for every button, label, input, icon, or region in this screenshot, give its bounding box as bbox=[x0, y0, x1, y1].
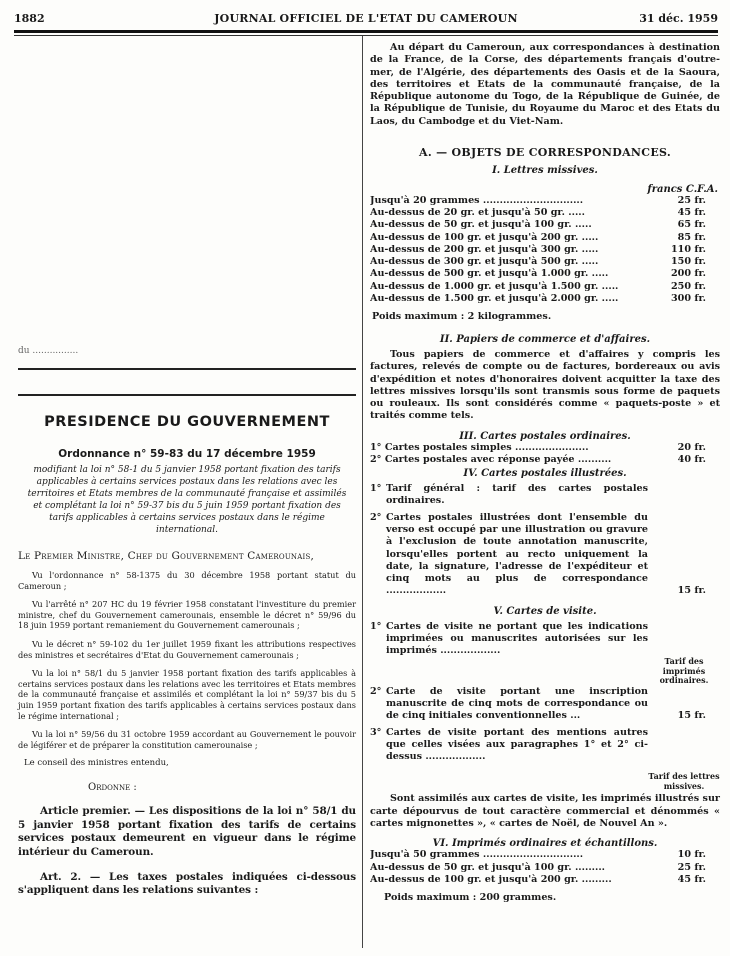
item-number: 2° bbox=[370, 686, 386, 723]
rate-label: Au-dessus de 50 gr. et jusqu'à 100 gr. .… bbox=[370, 862, 638, 874]
rate-value: 45 fr. bbox=[638, 874, 720, 886]
table-row: 1° Cartes postales simples .............… bbox=[370, 442, 720, 454]
ordonnance-title: Ordonnance n° 59-83 du 17 décembre 1959 bbox=[18, 448, 356, 460]
item-value: 15 fr. bbox=[648, 585, 720, 597]
list-item: 2° Cartes postales illustrées dont l'ens… bbox=[370, 512, 720, 598]
vu-paragraph: Vu l'ordonnance n° 58-1375 du 30 décembr… bbox=[18, 570, 356, 591]
rate-label: Au-dessus de 300 gr. et jusqu'à 500 gr. … bbox=[370, 256, 638, 268]
lettres-title: I. Lettres missives. bbox=[370, 165, 720, 176]
article-1: Article premier. — Les dispositions de l… bbox=[18, 805, 356, 859]
rate-label: 2° Cartes postales avec réponse payée ..… bbox=[370, 454, 638, 466]
imprimes-rate-table: Jusqu'à 50 grammes .....................… bbox=[370, 849, 720, 886]
cartes-illustrees-title: IV. Cartes postales illustrées. bbox=[370, 468, 720, 479]
table-row: Au-dessus de 200 gr. et jusqu'à 300 gr. … bbox=[370, 244, 720, 256]
imprimes-max-weight: Poids maximum : 200 grammes. bbox=[384, 892, 720, 903]
table-row: Au-dessus de 1.000 gr. et jusqu'à 1.500 … bbox=[370, 281, 720, 293]
faded-fragment: du ................ bbox=[18, 346, 78, 356]
cartes-ordinaires-title: III. Cartes postales ordinaires. bbox=[370, 431, 720, 442]
currency-unit: francs C.F.A. bbox=[370, 184, 720, 195]
lettres-rate-table: Jusqu'à 20 grammes .....................… bbox=[370, 195, 720, 305]
item-text: Carte de visite portant une inscription … bbox=[386, 686, 648, 723]
item-text: Cartes de visite ne portant que les indi… bbox=[386, 621, 648, 658]
imprimes-title: VI. Imprimés ordinaires et échantillons. bbox=[370, 838, 720, 849]
rate-label: Jusqu'à 50 grammes .....................… bbox=[370, 849, 638, 861]
vu-paragraph: Vu l'arrêté n° 207 HC du 19 février 1958… bbox=[18, 599, 356, 631]
rate-value: 25 fr. bbox=[638, 862, 720, 874]
papiers-title: II. Papiers de commerce et d'affaires. bbox=[370, 334, 720, 345]
rate-value: 25 fr. bbox=[638, 195, 720, 207]
rate-value: 20 fr. bbox=[638, 442, 720, 454]
header-rule-thin bbox=[14, 35, 718, 36]
list-item: 3° Cartes de visite portant des mentions… bbox=[370, 727, 720, 764]
section-rule bbox=[18, 394, 356, 396]
article-2: Art. 2. — Les taxes postales indiquées c… bbox=[18, 871, 356, 898]
table-row: Jusqu'à 50 grammes .....................… bbox=[370, 849, 720, 861]
list-item: 1° Tarif général : tarif des cartes post… bbox=[370, 483, 720, 508]
table-row: 2° Cartes postales avec réponse payée ..… bbox=[370, 454, 720, 466]
ordonne-heading: Ordonne : bbox=[88, 782, 356, 793]
rate-label: Au-dessus de 100 gr. et jusqu'à 200 gr. … bbox=[370, 874, 638, 886]
item-number: 3° bbox=[370, 727, 386, 764]
rate-value: 250 fr. bbox=[638, 281, 720, 293]
item-number: 2° bbox=[370, 512, 386, 598]
rate-label: Au-dessus de 1.000 gr. et jusqu'à 1.500 … bbox=[370, 281, 638, 293]
item-text: Tarif général : tarif des cartes postale… bbox=[386, 483, 648, 508]
journal-title: JOURNAL OFFICIEL DE L'ETAT DU CAMEROUN bbox=[14, 12, 718, 25]
table-row: Au-dessus de 500 gr. et jusqu'à 1.000 gr… bbox=[370, 268, 720, 280]
right-column: Au départ du Cameroun, aux correspondanc… bbox=[370, 40, 720, 903]
item-number: 1° bbox=[370, 483, 386, 508]
issue-date: 31 déc. 1959 bbox=[639, 12, 718, 25]
rate-label: Jusqu'à 20 grammes .....................… bbox=[370, 195, 638, 207]
assimiles-text: Sont assimilés aux cartes de visite, les… bbox=[370, 793, 720, 830]
table-row: Jusqu'à 20 grammes .....................… bbox=[370, 195, 720, 207]
left-column: du ................ PRESIDENCE DU GOUVER… bbox=[18, 40, 356, 898]
rate-value: 150 fr. bbox=[638, 256, 720, 268]
faded-blank-area: du ................ bbox=[18, 40, 356, 340]
vu-paragraph: Vu la loi n° 59/56 du 31 octobre 1959 ac… bbox=[18, 729, 356, 750]
rate-value: 300 fr. bbox=[638, 293, 720, 305]
rate-value: 45 fr. bbox=[638, 207, 720, 219]
table-row: Au-dessus de 300 gr. et jusqu'à 500 gr. … bbox=[370, 256, 720, 268]
rate-label: Au-dessus de 20 gr. et jusqu'à 50 gr. ..… bbox=[370, 207, 638, 219]
section-a-title: A. — OBJETS DE CORRESPONDANCES. bbox=[370, 146, 720, 159]
item-value: 15 fr. bbox=[648, 710, 720, 722]
page-header: 1882 JOURNAL OFFICIEL DE L'ETAT DU CAMER… bbox=[14, 8, 718, 28]
rate-label: Au-dessus de 50 gr. et jusqu'à 100 gr. .… bbox=[370, 219, 638, 231]
column-divider bbox=[362, 36, 363, 948]
table-row: Au-dessus de 1.500 gr. et jusqu'à 2.000 … bbox=[370, 293, 720, 305]
item-note: Tarif des imprimés ordinaires. bbox=[648, 657, 720, 686]
rate-label: Au-dessus de 200 gr. et jusqu'à 300 gr. … bbox=[370, 244, 638, 256]
destinations-intro: Au départ du Cameroun, aux correspondanc… bbox=[370, 42, 720, 128]
header-rule bbox=[14, 30, 718, 33]
table-row: Au-dessus de 50 gr. et jusqu'à 100 gr. .… bbox=[370, 862, 720, 874]
item-number: 1° bbox=[370, 621, 386, 658]
item-text: Cartes postales illustrées dont l'ensemb… bbox=[386, 512, 648, 598]
list-item: 1° Cartes de visite ne portant que les i… bbox=[370, 621, 720, 658]
papiers-text: Tous papiers de commerce et d'affaires y… bbox=[370, 349, 720, 423]
rate-label: Au-dessus de 1.500 gr. et jusqu'à 2.000 … bbox=[370, 293, 638, 305]
minister-line: Le Premier Ministre, Chef du Gouvernemen… bbox=[18, 550, 356, 562]
cartes-visite-title: V. Cartes de visite. bbox=[370, 606, 720, 617]
rate-value: 110 fr. bbox=[638, 244, 720, 256]
rate-value: 65 fr. bbox=[638, 219, 720, 231]
item-text: Cartes de visite portant des mentions au… bbox=[386, 727, 648, 764]
section-title: PRESIDENCE DU GOUVERNEMENT bbox=[18, 414, 356, 430]
list-item: 2° Carte de visite portant une inscripti… bbox=[370, 686, 720, 723]
rate-value: 10 fr. bbox=[638, 849, 720, 861]
ordonnance-subtitle: modifiant la loi n° 58-1 du 5 janvier 19… bbox=[18, 464, 356, 536]
rate-label: Au-dessus de 500 gr. et jusqu'à 1.000 gr… bbox=[370, 268, 638, 280]
cartes-ordinaires-table: 1° Cartes postales simples .............… bbox=[370, 442, 720, 466]
conseil-line: Le conseil des ministres entendu, bbox=[18, 758, 356, 768]
rate-value: 85 fr. bbox=[638, 232, 720, 244]
item-note: Tarif des lettres missives. bbox=[648, 772, 720, 791]
rate-label: Au-dessus de 100 gr. et jusqu'à 200 gr. … bbox=[370, 232, 638, 244]
rate-value: 200 fr. bbox=[638, 268, 720, 280]
table-row: Au-dessus de 100 gr. et jusqu'à 200 gr. … bbox=[370, 874, 720, 886]
rate-label: 1° Cartes postales simples .............… bbox=[370, 442, 638, 454]
table-row: Au-dessus de 50 gr. et jusqu'à 100 gr. .… bbox=[370, 219, 720, 231]
lettres-max-weight: Poids maximum : 2 kilogrammes. bbox=[372, 311, 720, 322]
vu-paragraph: Vu le décret n° 59-102 du 1er juillet 19… bbox=[18, 639, 356, 660]
table-row: Au-dessus de 100 gr. et jusqu'à 200 gr. … bbox=[370, 232, 720, 244]
table-row: Au-dessus de 20 gr. et jusqu'à 50 gr. ..… bbox=[370, 207, 720, 219]
vu-paragraph: Vu la loi n° 58/1 du 5 janvier 1958 port… bbox=[18, 668, 356, 721]
rate-value: 40 fr. bbox=[638, 454, 720, 466]
